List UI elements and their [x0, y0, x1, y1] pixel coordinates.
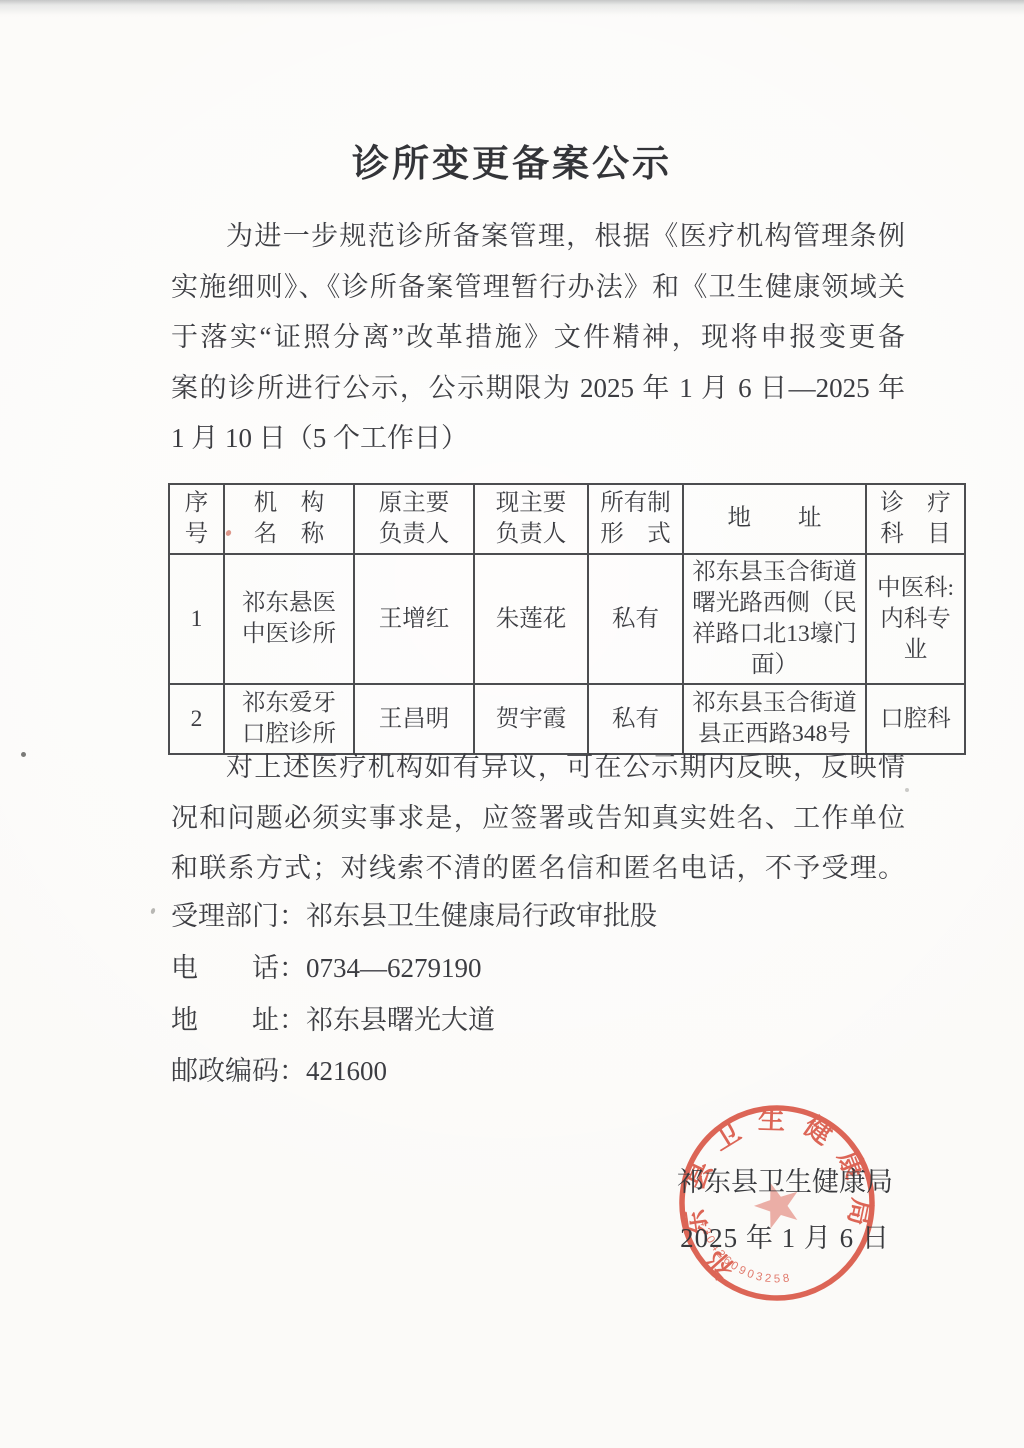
paragraph-line: 案的诊所进行公示，公示期限为 2025 年 1 月 6 日—2025 年 — [171, 363, 905, 414]
official-seal: 祁东县卫生健康局 4304260903258 — [670, 1096, 884, 1310]
scan-edge-shadow — [0, 0, 1024, 16]
clinic-filing-table: 序 号 机 构 名 称 原主要 负责人 现主要 负责人 所有制 形 式 地 址 … — [168, 483, 966, 755]
cell-address: 祁东县玉合街道 曙光路西侧（民 祥路口北13壕门 面） — [683, 554, 866, 684]
header-old-head: 原主要 负责人 — [354, 484, 474, 554]
contact-address: 地 址：祁东县曙光大道 — [171, 1002, 495, 1038]
header-new-head: 现主要 负责人 — [474, 484, 588, 554]
objection-paragraph: 对上述医疗机构如有异议，可在公示期内反映，反映情 况和问题必须实事求是，应签署或… — [171, 742, 905, 894]
paragraph-line: 实施细则》、《诊所备案管理暂行办法》和《卫生健康领域关 — [171, 262, 905, 313]
header-ownership: 所有制 形 式 — [588, 484, 683, 554]
paragraph-line: 况和问题必须实事求是，应签署或告知真实姓名、工作单位 — [171, 793, 905, 844]
paragraph-line: 1 月 10 日（5 个工作日） — [171, 413, 905, 464]
cell-new-head: 朱莲花 — [474, 554, 588, 684]
header-seq: 序 号 — [169, 484, 224, 554]
table-row: 1 祁东悬医 中医诊所 王增红 朱莲花 私有 祁东县玉合街道 曙光路西侧（民 祥… — [169, 554, 965, 684]
cell-ownership: 私有 — [588, 554, 683, 684]
cell-old-head: 王增红 — [354, 554, 474, 684]
scan-speck — [905, 788, 909, 792]
header-address: 地 址 — [683, 484, 866, 554]
document-title: 诊所变更备案公示 — [0, 133, 1024, 187]
contact-phone: 电 话：0734—6279190 — [171, 950, 482, 986]
paragraph-line: 于落实“证照分离”改革措施》文件精神，现将申报变更备 — [171, 312, 905, 363]
paragraph-line: 为进一步规范诊所备案管理，根据《医疗机构管理条例 — [171, 211, 905, 262]
scan-speck — [150, 907, 156, 914]
header-org-name: 机 构 名 称 — [224, 484, 354, 554]
scanned-document-page: 诊所变更备案公示 为进一步规范诊所备案管理，根据《医疗机构管理条例 实施细则》、… — [0, 0, 1024, 1448]
cell-departments: 中医科: 内科专 业 — [866, 554, 965, 684]
intro-paragraph: 为进一步规范诊所备案管理，根据《医疗机构管理条例 实施细则》、《诊所备案管理暂行… — [171, 211, 905, 464]
cell-org-name: 祁东悬医 中医诊所 — [224, 554, 354, 684]
contact-department: 受理部门：祁东县卫生健康局行政审批股 — [171, 898, 657, 934]
paragraph-line: 和联系方式；对线索不清的匿名信和匿名电话，不予受理。 — [171, 843, 905, 894]
header-departments: 诊 疗 科 目 — [866, 484, 965, 554]
signature-organization: 祁东县卫生健康局 — [650, 1160, 920, 1199]
signature-date: 2025 年 1 月 6 日 — [650, 1216, 920, 1255]
paragraph-line: 对上述医疗机构如有异议，可在公示期内反映，反映情 — [171, 742, 905, 793]
cell-seq: 1 — [169, 554, 224, 684]
contact-postcode: 邮政编码：421600 — [171, 1053, 387, 1089]
table-header-row: 序 号 机 构 名 称 原主要 负责人 现主要 负责人 所有制 形 式 地 址 … — [169, 484, 965, 554]
scan-speck — [21, 752, 26, 757]
